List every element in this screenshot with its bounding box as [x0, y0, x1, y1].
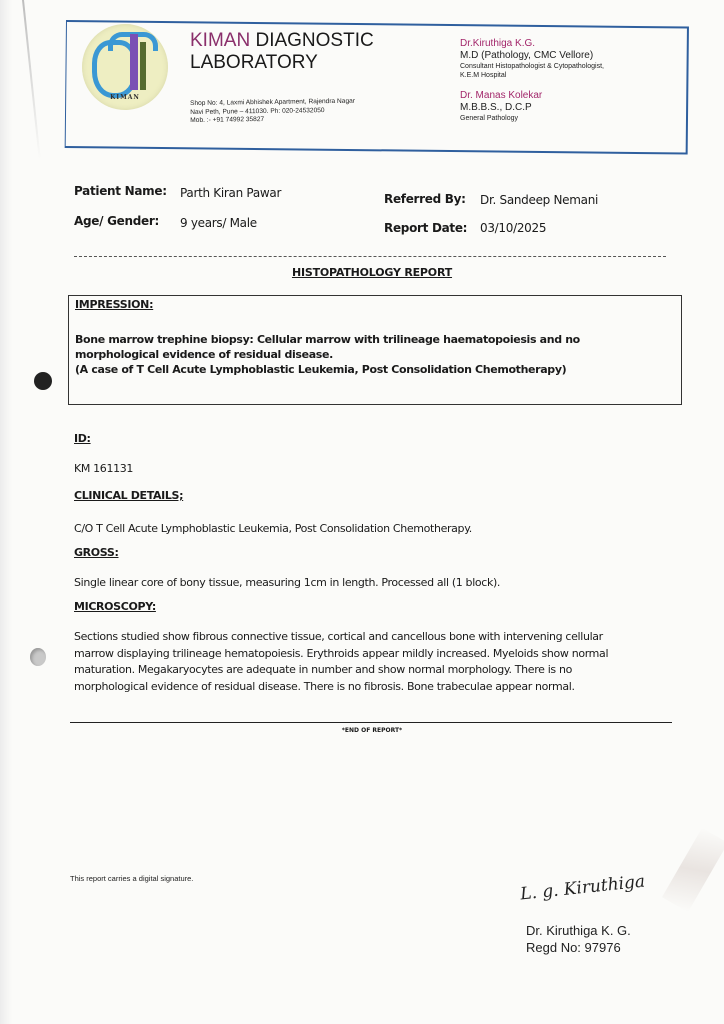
lab-logo-icon: KIMAN: [82, 24, 168, 110]
impression-box: IMPRESSION: Bone marrow trephine biopsy:…: [68, 295, 682, 405]
doctor-2-qualification: M.B.B.S., D.C.P: [460, 102, 680, 114]
logo-text: KIMAN: [82, 94, 168, 101]
registration-number: Regd No: 97976: [526, 939, 631, 956]
digital-signature-note: This report carries a digital signature.: [70, 874, 193, 883]
patient-name: Parth Kiran Pawar: [180, 186, 281, 200]
separator-dotted: [74, 256, 666, 257]
lab-address: Shop No: 4, Laxmi Abhishek Apartment, Ra…: [190, 98, 355, 126]
end-of-report: *END OF REPORT*: [0, 727, 724, 734]
end-separator: [70, 722, 672, 723]
impression-heading: IMPRESSION:: [75, 298, 153, 311]
age-gender: 9 years/ Male: [180, 216, 257, 230]
lab-name: KIMAN DIAGNOSTIC LABORATORY: [190, 30, 374, 74]
lab-name-line2: LABORATORY: [190, 52, 318, 73]
page-fold-crease: [22, 0, 41, 159]
clinical-details-heading: CLINICAL DETAILS;: [74, 489, 183, 502]
microscopy-text: Sections studied show fibrous connective…: [74, 629, 684, 695]
gross-heading: GROSS:: [74, 546, 119, 559]
clinical-details-text: C/O T Cell Acute Lymphoblastic Leukemia,…: [74, 521, 684, 538]
signature-mark: L. g. Kiruthiga: [519, 872, 646, 905]
doctors-panel: Dr.Kiruthiga K.G. M.D (Pathology, CMC Ve…: [460, 38, 680, 123]
referred-by-row: Referred By:: [384, 192, 466, 206]
signer-name: Dr. Kiruthiga K. G.: [526, 922, 631, 939]
signer-block: Dr. Kiruthiga K. G. Regd No: 97976: [526, 922, 631, 956]
page-edge-shadow: [0, 0, 12, 1024]
punch-hole-mark: [34, 372, 52, 390]
referred-by-label: Referred By:: [384, 192, 466, 206]
microscopy-heading: MICROSCOPY:: [74, 600, 156, 613]
gross-text: Single linear core of bony tissue, measu…: [74, 575, 684, 592]
id-heading: ID:: [74, 432, 91, 445]
lab-name-rest: DIAGNOSTIC: [255, 30, 373, 51]
doctor-1-name: Dr.Kiruthiga K.G.: [460, 38, 680, 50]
punch-hole-mark: [30, 648, 46, 666]
age-gender-row: Age/ Gender:: [74, 214, 159, 228]
referred-by: Dr. Sandeep Nemani: [480, 193, 598, 207]
lab-brand: KIMAN: [190, 30, 250, 51]
id-value: KM 161131: [74, 461, 684, 478]
doctor-1-qualification: M.D (Pathology, CMC Vellore): [460, 50, 680, 62]
report-title: HISTOPATHOLOGY REPORT: [0, 266, 724, 279]
report-date: 03/10/2025: [480, 221, 546, 235]
impression-text: Bone marrow trephine biopsy: Cellular ma…: [75, 332, 655, 377]
paper-smudge: [662, 828, 724, 912]
age-gender-label: Age/ Gender:: [74, 214, 159, 228]
report-date-row: Report Date:: [384, 221, 467, 235]
doctor-2-name: Dr. Manas Kolekar: [460, 90, 680, 102]
patient-name-row: Patient Name:: [74, 184, 167, 198]
report-date-label: Report Date:: [384, 221, 467, 235]
patient-name-label: Patient Name:: [74, 184, 167, 198]
